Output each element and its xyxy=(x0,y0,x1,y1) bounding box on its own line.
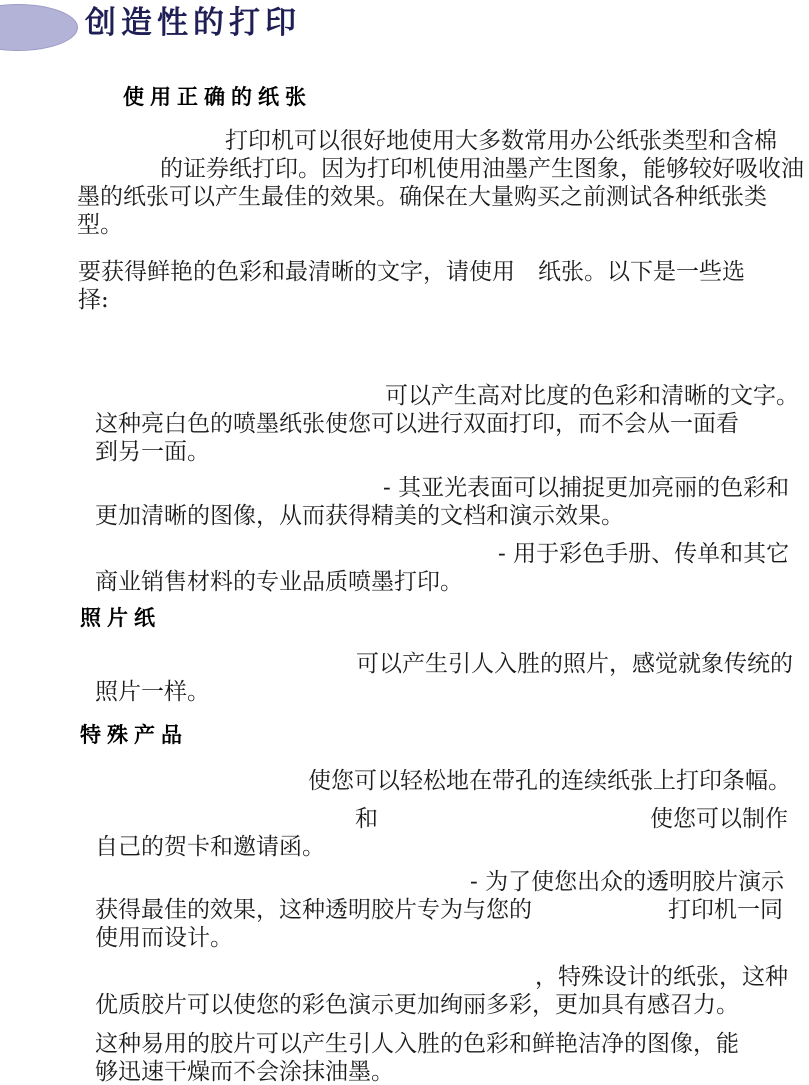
text-segment: 使您可以制作 xyxy=(650,805,788,833)
text-line: 商业销售材料的专业品质喷墨打印。 xyxy=(0,568,809,596)
text-segment: 优质胶片可以使您的彩色演示更加绚丽多彩，更加具有感召力。 xyxy=(95,991,739,1019)
text-segment: 的证券纸打印。因为打印机使用油墨产生图象，能够较好吸收油 xyxy=(160,155,804,183)
text-segment: 更加清晰的图像，从而获得精美的文档和演示效果。 xyxy=(95,502,624,530)
text-line: 要获得鲜艳的色彩和最清晰的文字，请使用 纸张。以下是一些选 xyxy=(0,258,809,286)
text-segment: 到另一面。 xyxy=(95,438,210,466)
text-line: - 为了使您出众的透明胶片演示 xyxy=(0,868,809,896)
text-line: 可以产生引人入胜的照片，感觉就象传统的 xyxy=(0,650,809,678)
text-segment: - 用于彩色手册、传单和其它 xyxy=(498,540,789,568)
text-segment: - 其亚光表面可以捕捉更加亮丽的色彩和 xyxy=(383,474,789,502)
text-segment: 型。 xyxy=(77,211,123,239)
text-segment: 可以产生高对比度的色彩和清晰的文字。 xyxy=(385,382,799,410)
manual-page: 创造性的打印 使用正确的纸张打印机可以很好地使用大多数常用办公纸张类型和含棉的证… xyxy=(0,0,809,1085)
text-segment: 商业销售材料的专业品质喷墨打印。 xyxy=(95,568,463,596)
section-heading: 照片纸 xyxy=(0,605,809,633)
text-segment: - 为了使您出众的透明胶片演示 xyxy=(470,868,784,896)
text-line: 这种亮白色的喷墨纸张使您可以进行双面打印，而不会从一面看 xyxy=(0,410,809,438)
text-segment: 和 xyxy=(355,805,378,833)
text-line: 自己的贺卡和邀请函。 xyxy=(0,833,809,861)
text-segment: 要获得鲜艳的色彩和最清晰的文字，请使用 纸张。以下是一些选 xyxy=(78,258,745,286)
text-line: 这种易用的胶片可以产生引人入胜的色彩和鲜艳洁净的图像，能 xyxy=(0,1030,809,1058)
text-line: 墨的纸张可以产生最佳的效果。确保在大量购买之前测试各种纸张类 xyxy=(0,183,809,211)
text-line: 使用而设计。 xyxy=(0,924,809,952)
text-line: 和使您可以制作 xyxy=(0,805,809,833)
text-line: 够迅速干燥而不会涂抹油墨。 xyxy=(0,1058,809,1085)
text-segment: 特殊产品 xyxy=(80,722,188,748)
text-segment: 获得最佳的效果，这种透明胶片专为与您的 xyxy=(95,896,532,924)
page-title: 创造性的打印 xyxy=(85,6,301,40)
text-line: 更加清晰的图像，从而获得精美的文档和演示效果。 xyxy=(0,502,809,530)
text-segment: 打印机可以很好地使用大多数常用办公纸张类型和含棉 xyxy=(225,127,777,155)
text-segment: 使用正确的纸张 xyxy=(123,84,312,110)
chapter-ellipse-logo xyxy=(0,4,78,51)
text-line: - 用于彩色手册、传单和其它 xyxy=(0,540,809,568)
text-line: 优质胶片可以使您的彩色演示更加绚丽多彩，更加具有感召力。 xyxy=(0,991,809,1019)
text-line: 照片一样。 xyxy=(0,678,809,706)
text-segment: 墨的纸张可以产生最佳的效果。确保在大量购买之前测试各种纸张类 xyxy=(77,183,767,211)
text-line: 获得最佳的效果，这种透明胶片专为与您的打印机一同 xyxy=(0,896,809,924)
text-segment: 择: xyxy=(78,286,109,314)
text-line: 的证券纸打印。因为打印机使用油墨产生图象，能够较好吸收油 xyxy=(0,155,809,183)
section-heading: 特殊产品 xyxy=(0,722,809,750)
text-segment: 照片纸 xyxy=(80,605,161,631)
text-segment: 够迅速干燥而不会涂抹油墨。 xyxy=(95,1058,394,1085)
text-line: 到另一面。 xyxy=(0,438,809,466)
text-segment: 这种亮白色的喷墨纸张使您可以进行双面打印，而不会从一面看 xyxy=(95,410,739,438)
text-segment: 自己的贺卡和邀请函。 xyxy=(95,833,325,861)
section-heading: 使用正确的纸张 xyxy=(0,84,809,112)
text-segment: 可以产生引人入胜的照片，感觉就象传统的 xyxy=(356,650,793,678)
text-line: 打印机可以很好地使用大多数常用办公纸张类型和含棉 xyxy=(0,127,809,155)
text-segment: 使您可以轻松地在带孔的连续纸张上打印条幅。 xyxy=(308,767,791,795)
text-segment: 这种易用的胶片可以产生引人入胜的色彩和鲜艳洁净的图像，能 xyxy=(95,1030,739,1058)
text-line: - 其亚光表面可以捕捉更加亮丽的色彩和 xyxy=(0,474,809,502)
text-segment: 使用而设计。 xyxy=(95,924,233,952)
text-line: 可以产生高对比度的色彩和清晰的文字。 xyxy=(0,382,809,410)
text-line: ，特殊设计的纸张，这种 xyxy=(0,963,809,991)
text-line: 择: xyxy=(0,286,809,314)
text-line: 使您可以轻松地在带孔的连续纸张上打印条幅。 xyxy=(0,767,809,795)
text-segment: ，特殊设计的纸张，这种 xyxy=(535,963,788,991)
text-line: 型。 xyxy=(0,211,809,239)
text-segment: 照片一样。 xyxy=(95,678,210,706)
text-segment: 打印机一同 xyxy=(668,896,783,924)
